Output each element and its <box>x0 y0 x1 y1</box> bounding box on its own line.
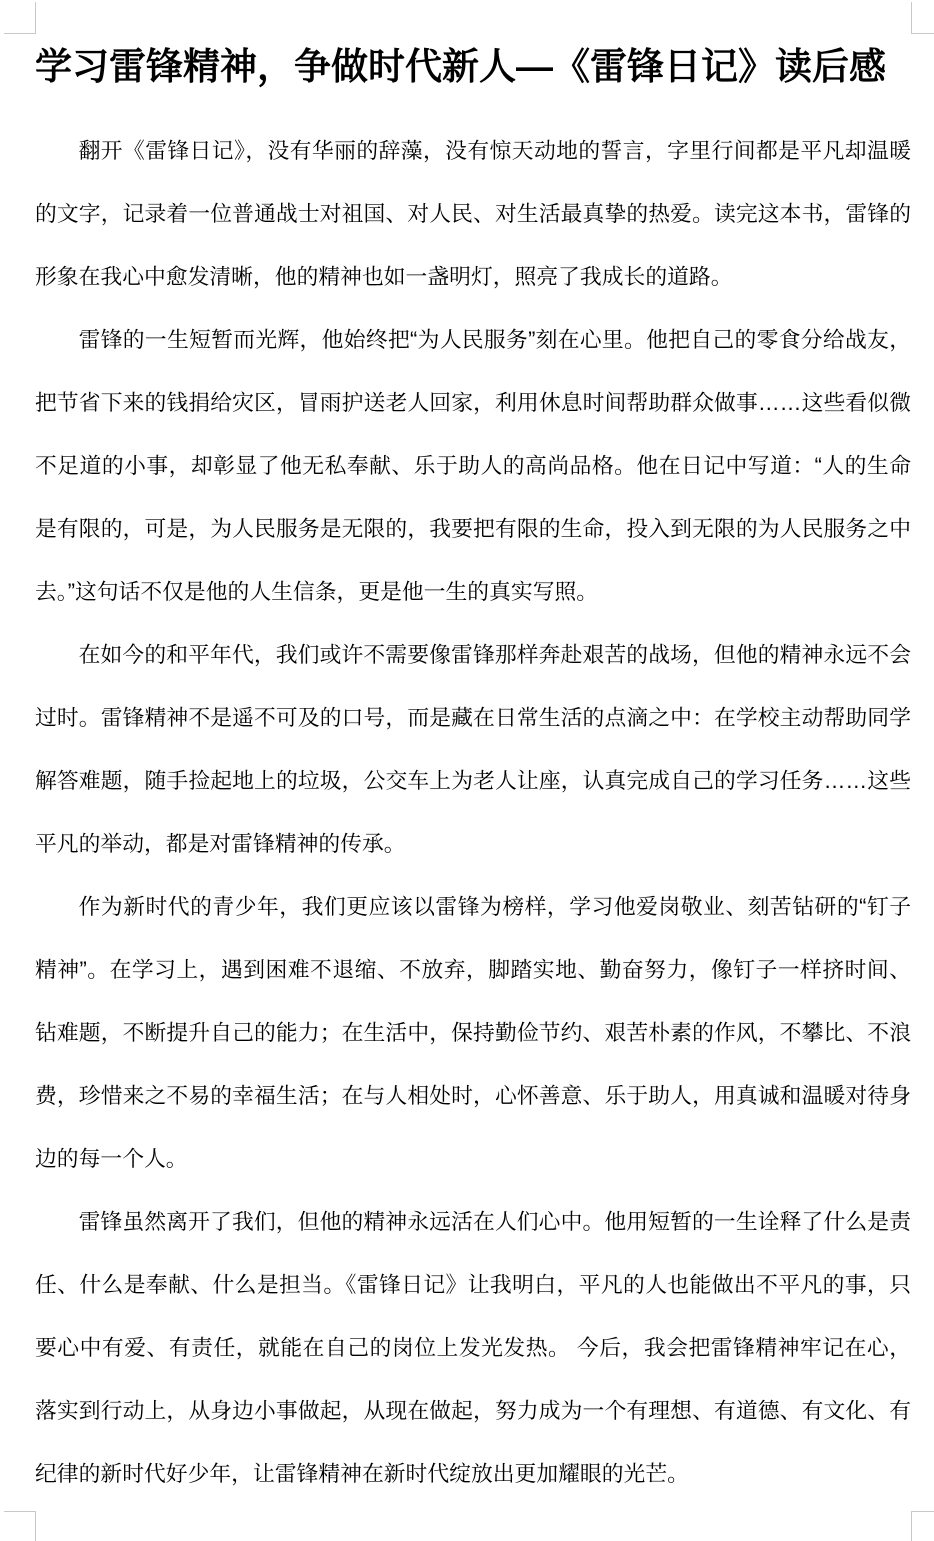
paragraph-conclusion[interactable]: 雷锋虽然离开了我们，但他的精神永远活在人们心中。他用短暂的一生诠释了什么是责任、… <box>35 1190 911 1505</box>
text-boundary-mark-top-right <box>911 2 934 34</box>
paragraph-modern-era[interactable]: 在如今的和平年代，我们或许不需要像雷锋那样奔赴艰苦的战场，但他的精神永远不会过时… <box>35 623 911 875</box>
paragraph-youth-example[interactable]: 作为新时代的青少年，我们更应该以雷锋为榜样，学习他爱岗敬业、刻苦钻研的“钉子精神… <box>35 875 911 1190</box>
paragraph-lei-feng-life[interactable]: 雷锋的一生短暂而光辉，他始终把“为人民服务”刻在心里。他把自己的零食分给战友，把… <box>35 308 911 623</box>
text-boundary-mark-top-left <box>4 2 36 34</box>
document-body: 学习雷锋精神，争做时代新人—《雷锋日记》读后感 翻开《雷锋日记》，没有华丽的辞藻… <box>35 33 911 1505</box>
text-boundary-mark-bottom-right <box>911 1511 934 1541</box>
text-boundary-mark-bottom-left <box>4 1511 36 1541</box>
document-title[interactable]: 学习雷锋精神，争做时代新人—《雷锋日记》读后感 <box>35 41 911 93</box>
paragraph-intro[interactable]: 翻开《雷锋日记》，没有华丽的辞藻，没有惊天动地的誓言，字里行间都是平凡却温暖的文… <box>35 119 911 308</box>
